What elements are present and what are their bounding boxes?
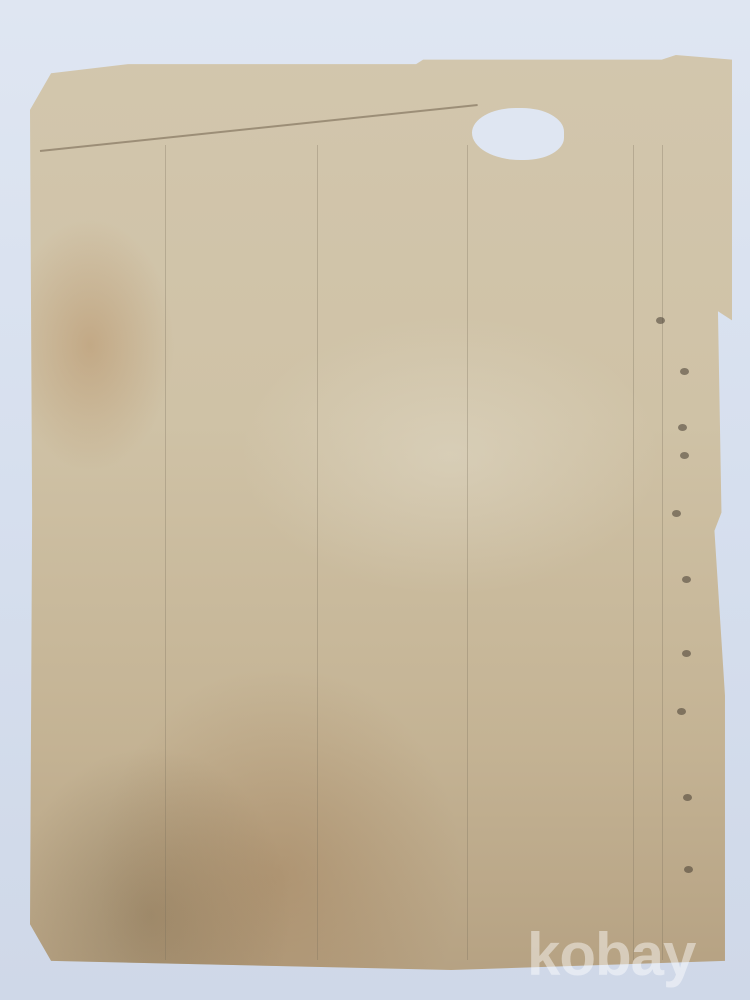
punch-hole	[678, 424, 687, 431]
punch-hole	[682, 650, 691, 657]
punch-hole	[684, 866, 693, 873]
punch-hole	[683, 794, 692, 801]
punch-hole	[677, 708, 686, 715]
watermark-logo: kobay	[527, 920, 695, 989]
ruled-line	[633, 145, 634, 960]
ruled-line	[317, 145, 318, 960]
punch-hole	[672, 510, 681, 517]
paper-tear-hole	[472, 108, 564, 160]
punch-hole	[680, 368, 689, 375]
punch-hole	[656, 317, 665, 324]
punch-hole	[680, 452, 689, 459]
ruled-line	[467, 145, 468, 960]
ruled-line	[165, 145, 166, 960]
punch-hole	[682, 576, 691, 583]
aged-paper-sheet	[30, 55, 732, 970]
ruled-line	[662, 145, 663, 960]
